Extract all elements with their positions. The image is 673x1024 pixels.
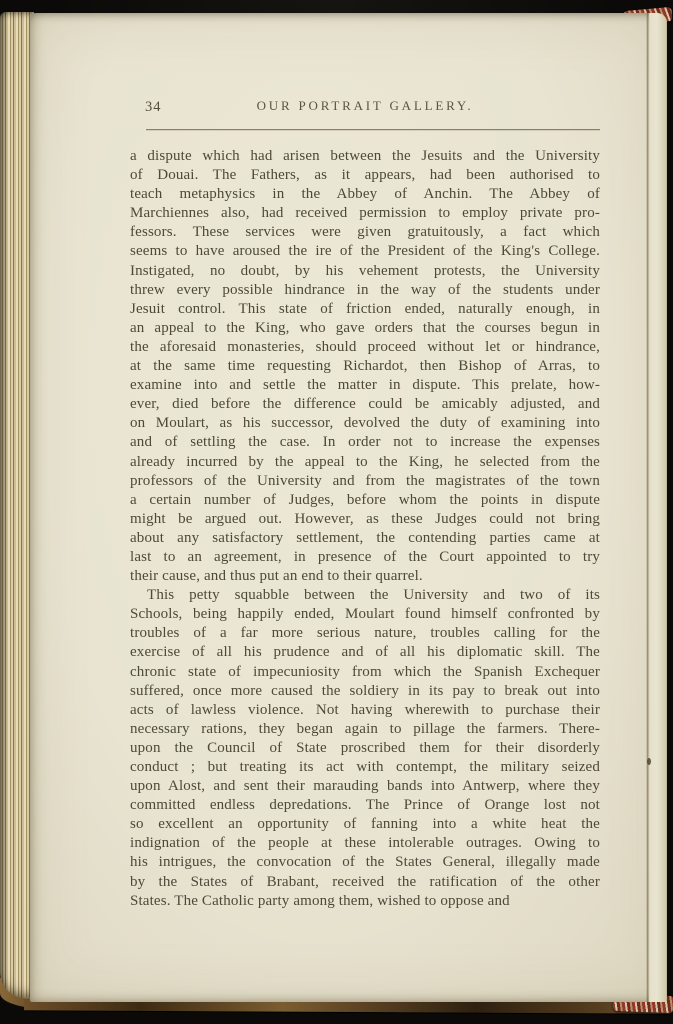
text-line: necessary rations, they began again to p…	[130, 720, 600, 739]
text-line: conduct ; but treating its act with cont…	[130, 758, 600, 777]
text-line: about any satisfactory settlement, the c…	[130, 529, 600, 548]
text-line: Marchiennes also, had received permissio…	[130, 204, 600, 223]
paragraph: a dispute which had arisen between the J…	[130, 147, 600, 586]
book-page: 34 OUR PORTRAIT GALLERY. a dispute which…	[30, 13, 667, 1002]
text-line: on Moulart, as his successor, devolved t…	[130, 414, 600, 433]
text-line: States. The Catholic party among them, w…	[130, 892, 600, 911]
text-line: troubles of a far more serious nature, t…	[130, 624, 600, 643]
text-line: of Douai. The Fathers, as it appears, ha…	[130, 166, 600, 185]
text-line: This petty squabble between the Universi…	[130, 586, 600, 605]
text-line: the aforesaid monasteries, should procee…	[130, 338, 600, 357]
text-line: Schools, being happily ended, Moulart fo…	[130, 605, 600, 624]
text-line: so excellent an opportunity of fanning i…	[130, 815, 600, 834]
paragraph: This petty squabble between the Universi…	[130, 586, 600, 911]
text-line: Instigated, no doubt, by his vehement pr…	[130, 262, 600, 281]
text-line: committed endless depredations. The Prin…	[130, 796, 600, 815]
text-line: ever, died before the difference could b…	[130, 395, 600, 414]
text-line: Jesuit control. This state of friction e…	[130, 300, 600, 319]
text-line: an appeal to the King, who gave orders t…	[130, 319, 600, 338]
text-line: a dispute which had arisen between the J…	[130, 147, 600, 166]
text-line: at the same time requesting Richardot, t…	[130, 357, 600, 376]
page-edges-stack-left	[0, 12, 34, 998]
page-content: 34 OUR PORTRAIT GALLERY. a dispute which…	[30, 13, 667, 1002]
header-rule	[146, 129, 600, 130]
text-line: acts of lawless violence. Not having whe…	[130, 701, 600, 720]
text-line: a certain number of Judges, before whom …	[130, 491, 600, 510]
page-header: 34 OUR PORTRAIT GALLERY.	[130, 98, 600, 115]
text-line: his intrigues, the convocation of the St…	[130, 853, 600, 872]
text-line: upon Alost, and sent their marauding ban…	[130, 777, 600, 796]
text-line: by the States of Brabant, received the r…	[130, 873, 600, 892]
text-line: chronic state of impecuniosity from whic…	[130, 663, 600, 682]
text-line: professors of the University and from th…	[130, 472, 600, 491]
text-line: and of settling the case. In order not t…	[130, 433, 600, 452]
page-number: 34	[145, 99, 162, 116]
body-text: a dispute which had arisen between the J…	[130, 147, 600, 911]
text-line: seems to have aroused the ire of the Pre…	[130, 242, 600, 261]
text-line: already incurred by the appeal to the Ki…	[130, 453, 600, 472]
text-line: exercise of all his prudence and of all …	[130, 643, 600, 662]
text-line: fessors. These services were given gratu…	[130, 223, 600, 242]
text-line: teach metaphysics in the Abbey of Anchin…	[130, 185, 600, 204]
book-photo: 34 OUR PORTRAIT GALLERY. a dispute which…	[0, 0, 673, 1024]
text-line: might be argued out. However, as these J…	[130, 510, 600, 529]
text-line: their cause, and thus put an end to thei…	[130, 567, 600, 586]
text-line: indignation of the people at these intol…	[130, 834, 600, 853]
text-line: threw every possible hindrance in the wa…	[130, 281, 600, 300]
text-line: upon the Council of State proscribed the…	[130, 739, 600, 758]
running-title: OUR PORTRAIT GALLERY.	[130, 98, 600, 114]
text-line: suffered, once more caused the soldiery …	[130, 682, 600, 701]
text-line: last to an agreement, in presence of the…	[130, 548, 600, 567]
text-line: examine into and settle the matter in di…	[130, 376, 600, 395]
